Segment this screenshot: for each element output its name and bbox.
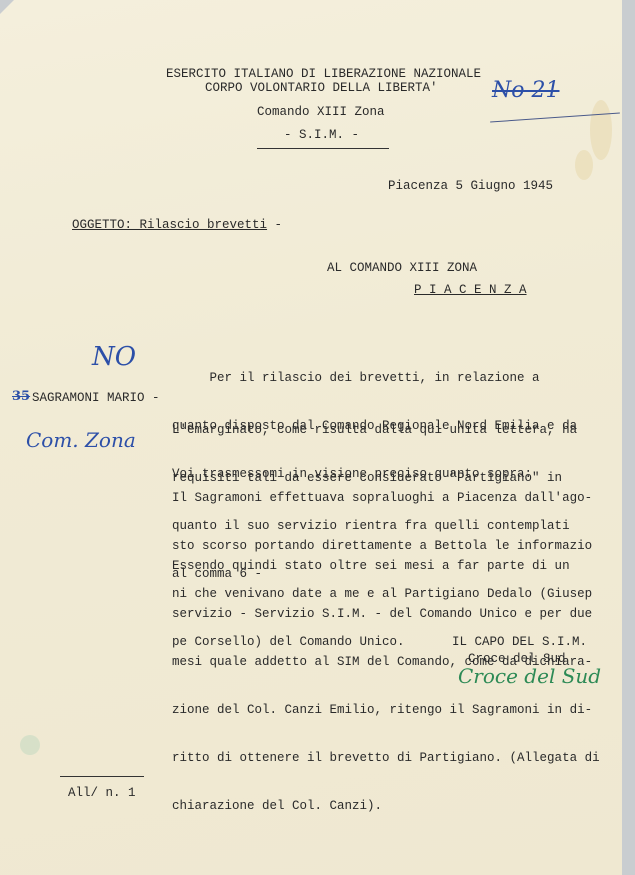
recipient-city: P I A C E N Z A [414,282,527,298]
handwritten-signature: Croce del Sud [458,664,601,688]
paper-stain [575,150,593,180]
attachment-rule [60,776,144,777]
green-smudge [20,735,40,755]
subject-label: OGGETTO: Rilascio brevetti [72,218,267,232]
subject-name: SAGRAMONI MARIO - [32,390,160,406]
text-line: servizio - Servizio S.I.M. - del Comando… [172,606,622,622]
letter-page: ESERCITO ITALIANO DI LIBERAZIONE NAZIONA… [0,0,622,875]
subject-line: OGGETTO: Rilascio brevetti - [72,217,282,233]
text-line: Per il rilascio dei brevetti, in relazio… [172,370,622,386]
margin-note-no: NO [92,342,136,372]
text-line: L'emarginato, come risulta dalla qui uni… [172,422,622,438]
place-date: Piacenza 5 Giugno 1945 [388,178,553,194]
paper-stain [590,100,612,160]
header-command: Comando XIII Zona [257,104,385,120]
margin-note-com-zona: Com. Zona [26,428,136,452]
subject-suffix: - [267,218,282,232]
text-line: Il Sagramoni effettuava sopraluoghi a Pi… [172,490,622,506]
text-line: zione del Col. Canzi Emilio, ritengo il … [172,702,622,718]
text-line: ritto di ottenere il brevetto di Partigi… [172,750,622,766]
recipient-command: AL COMANDO XIII ZONA [327,260,477,276]
protocol-number: No 21 [492,78,559,103]
text-line: Essendo quindi stato oltre sei mesi a fa… [172,558,622,574]
crossed-number: 35 [12,389,30,404]
attachment-note: All/ n. 1 [68,785,136,801]
text-line: chiarazione del Col. Canzi). [172,798,622,814]
signature-title: IL CAPO DEL S.I.M. [452,634,587,650]
header-corps: CORPO VOLONTARIO DELLA LIBERTA' [205,80,438,96]
header-sim: - S.I.M. - [284,127,359,143]
header-rule [257,148,389,149]
